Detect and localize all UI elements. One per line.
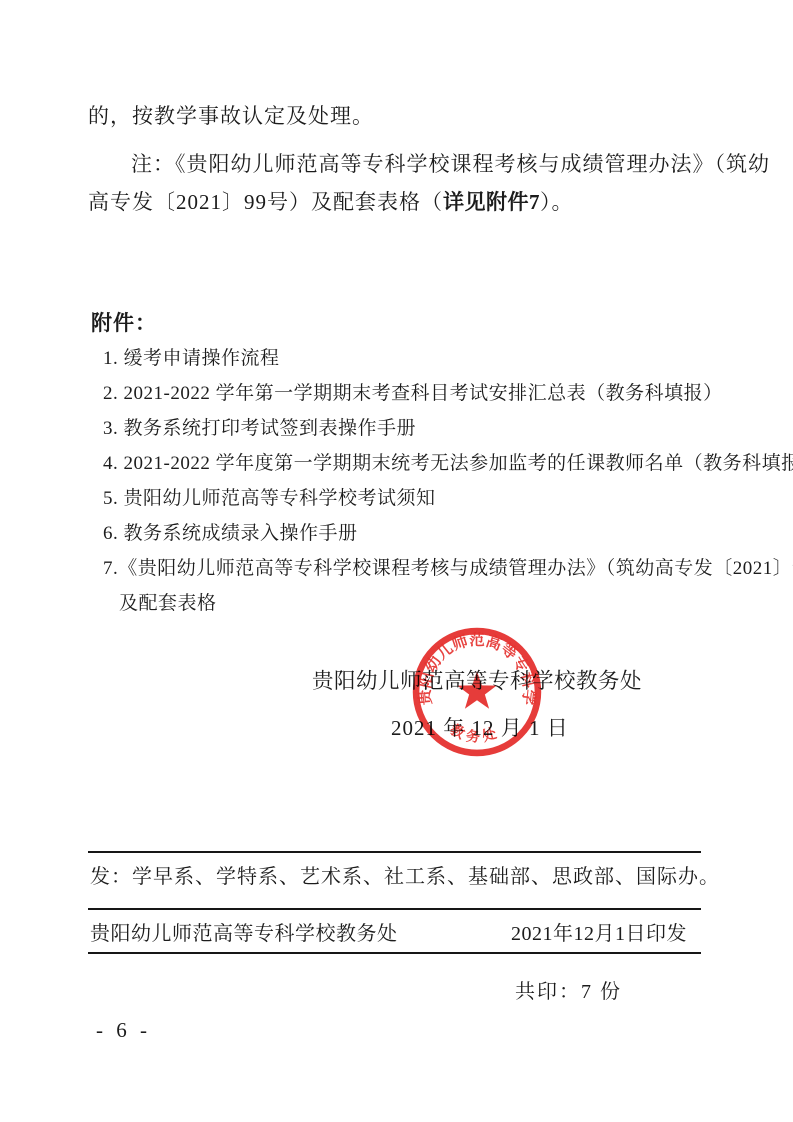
distribution-line: 发：学早系、学特系、艺术系、社工系、基础部、思政部、国际办。 [90, 860, 720, 889]
body-paragraph-2-line-2: 高专发〔2021〕99号）及配套表格（详见附件7）。 [88, 186, 574, 216]
attachment-item-7-continuation: 及配套表格 [103, 586, 793, 621]
para2-line2-suffix: ）。 [540, 190, 574, 214]
attachment-item-1: 1. 缓考申请操作流程 [103, 341, 793, 376]
attachment-item-6: 6. 教务系统成绩录入操作手册 [103, 516, 793, 551]
footer-print-date: 2021年12月1日印发 [511, 917, 687, 946]
para2-line2-bold-reference: 详见附件7 [443, 190, 540, 214]
footer-copies-count: 共印：7 份 [515, 975, 622, 1004]
seal-center-label: 教 务 处 [448, 721, 499, 745]
footer-divider-middle [88, 908, 701, 910]
para2-line2-prefix: 高专发〔2021〕99号）及配套表格（ [88, 190, 443, 214]
attachment-item-4: 4. 2021-2022 学年度第一学期期末统考无法参加监考的任课教师名单（教务… [103, 446, 793, 481]
attachments-heading: 附件： [91, 307, 157, 337]
official-seal-stamp: 贵阳幼儿师范高等专科学校 教 务 处 [402, 617, 552, 767]
footer-divider-top [88, 851, 701, 853]
attachment-item-7: 7.《贵阳幼儿师范高等专科学校课程考核与成绩管理办法》（筑幼高专发〔2021〕9… [103, 551, 793, 586]
attachment-item-5: 5. 贵阳幼儿师范高等专科学校考试须知 [103, 481, 793, 516]
document-page: 的，按教学事故认定及处理。 注：《贵阳幼儿师范高等专科学校课程考核与成绩管理办法… [0, 0, 793, 1122]
body-paragraph-1: 的，按教学事故认定及处理。 [88, 100, 374, 130]
footer-divider-bottom [88, 952, 701, 954]
seal-star-icon [457, 671, 496, 708]
attachment-item-2: 2. 2021-2022 学年第一学期期末考查科目考试安排汇总表（教务科填报） [103, 376, 793, 411]
attachment-item-3: 3. 教务系统打印考试签到表操作手册 [103, 411, 793, 446]
footer-issuer: 贵阳幼儿师范高等专科学校教务处 [90, 917, 398, 946]
attachments-list: 1. 缓考申请操作流程 2. 2021-2022 学年第一学期期末考查科目考试安… [103, 341, 793, 621]
page-number: - 6 - [96, 1018, 151, 1043]
body-paragraph-2-line-1: 注：《贵阳幼儿师范高等专科学校课程考核与成绩管理办法》（筑幼 [131, 148, 770, 178]
